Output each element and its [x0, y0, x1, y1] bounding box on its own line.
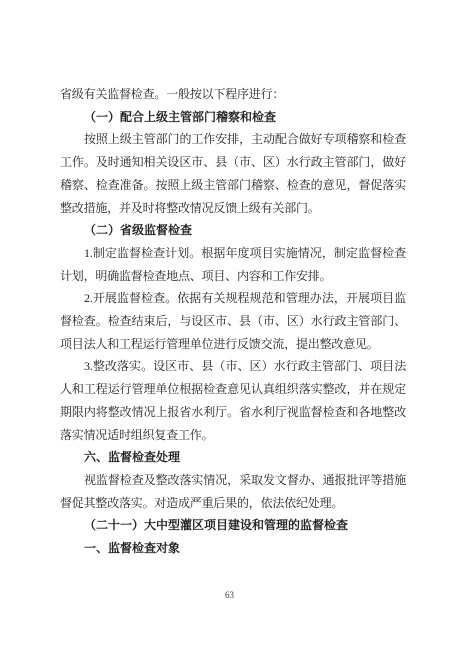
body-paragraph-conduct: 2.开展监督检查。依据有关规程规范和管理办法，开展项目监督检查。检查结束后，与设…	[60, 287, 406, 355]
heading-chapter-irrigation: （二十一）大中型灌区项目建设和管理的监督检查	[60, 514, 406, 537]
body-paragraph-handling: 视监督检查及整改落实情况，采取发文督办、通报批评等措施督促其整改落实。对造成严重…	[60, 469, 406, 514]
heading-section-targets: 一、监督检查对象	[60, 537, 406, 560]
body-paragraph-plan: 1.制定监督检查计划。根据年度项目实施情况，制定监督检查计划，明确监督检查地点、…	[60, 242, 406, 287]
heading-subsection-2: （二）省级监督检查	[60, 219, 406, 242]
body-paragraph-rectification: 3.整改落实。设区市、县（市、区）水行政主管部门、项目法人和工程运行管理单位根据…	[60, 355, 406, 446]
document-page: 省级有关监督检查。一般按以下程序进行： （一）配合上级主管部门稽察和检查 按照上…	[0, 0, 459, 650]
paragraph-continuation: 省级有关监督检查。一般按以下程序进行：	[60, 83, 406, 106]
heading-section-handling: 六、监督检查处理	[60, 446, 406, 469]
page-content: 省级有关监督检查。一般按以下程序进行： （一）配合上级主管部门稽察和检查 按照上…	[60, 83, 406, 560]
page-number: 63	[0, 589, 459, 601]
body-paragraph-inspection-coop: 按照上级主管部门的工作安排，主动配合做好专项稽察和检查工作。及时通知相关设区市、…	[60, 128, 406, 219]
heading-subsection-1: （一）配合上级主管部门稽察和检查	[60, 106, 406, 129]
